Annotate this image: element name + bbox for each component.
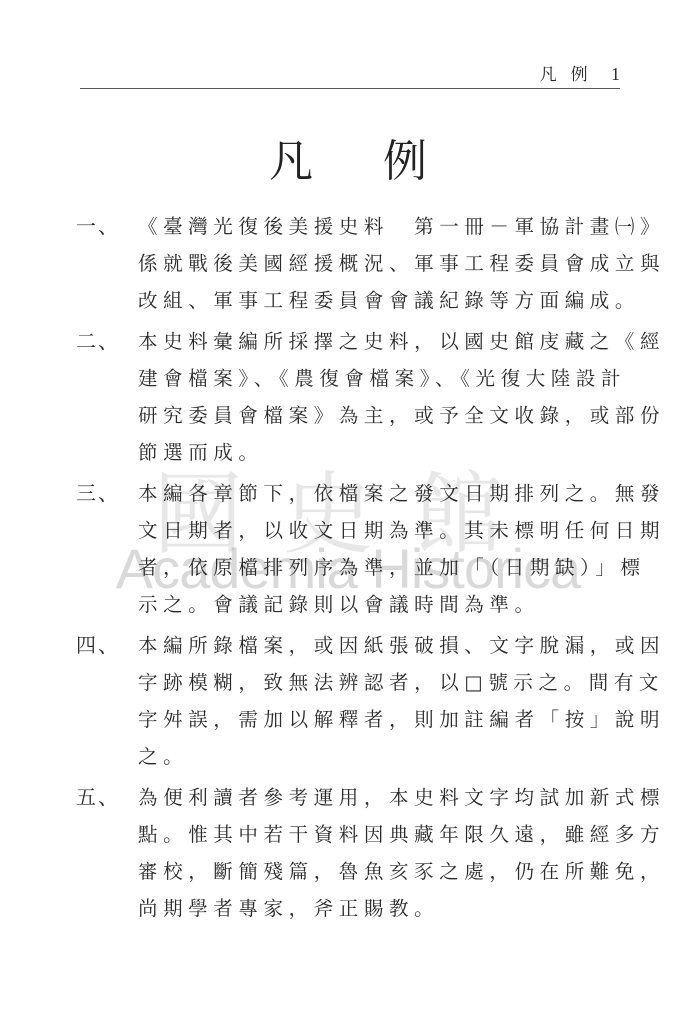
item-body: 本史料彙編所採擇之史料，以國史館庋藏之《經 建會檔案》、《農復會檔案》、《光復大…	[138, 323, 616, 471]
running-header-title: 凡例	[540, 65, 602, 85]
item-line: 字舛誤，需加以解釋者，則加註編者「按」說明	[138, 701, 616, 738]
item-number: 二、	[76, 323, 138, 471]
item-number: 一、	[76, 208, 138, 319]
item-line: 審校，斷簡殘篇，魯魚亥豕之處，仍在所難免，	[138, 853, 616, 890]
guideline-list: 一、 《臺灣光復後美援史料 第一冊－軍協計畫㈠》 係就戰後美國經援概況、軍事工程…	[76, 208, 636, 931]
item-line: 節選而成。	[138, 434, 616, 471]
page-number: 1	[611, 64, 620, 84]
guideline-item-4: 四、 本編所錄檔案，或因紙張破損、文字脫漏，或因 字跡模糊，致無法辨認者，以□號…	[76, 627, 636, 775]
item-body: 本編所錄檔案，或因紙張破損、文字脫漏，或因 字跡模糊，致無法辨認者，以□號示之。…	[138, 627, 616, 775]
guideline-item-2: 二、 本史料彙編所採擇之史料，以國史館庋藏之《經 建會檔案》、《農復會檔案》、《…	[76, 323, 636, 471]
item-line: 尚期學者專家，斧正賜教。	[138, 890, 616, 927]
header-rule	[80, 88, 620, 89]
item-number: 三、	[76, 475, 138, 623]
item-number: 四、	[76, 627, 138, 775]
item-body: 《臺灣光復後美援史料 第一冊－軍協計畫㈠》 係就戰後美國經援概況、軍事工程委員會…	[138, 208, 616, 319]
item-line: 改組、軍事工程委員會會議紀錄等方面編成。	[138, 282, 616, 319]
guideline-item-3: 三、 本編各章節下，依檔案之發文日期排列之。無發 文日期者，以收文日期為準。其未…	[76, 475, 636, 623]
item-line: 文日期者，以收文日期為準。其未標明任何日期	[138, 512, 616, 549]
guideline-item-5: 五、 為便利讀者參考運用，本史料文字均試加新式標 點。惟其中若干資料因典藏年限久…	[76, 779, 636, 927]
item-number: 五、	[76, 779, 138, 927]
item-line: 字跡模糊，致無法辨認者，以□號示之。間有文	[138, 664, 616, 701]
item-line: 示之。會議記錄則以會議時間為準。	[138, 586, 616, 623]
item-line: 點。惟其中若干資料因典藏年限久遠，雖經多方	[138, 816, 616, 853]
guideline-item-1: 一、 《臺灣光復後美援史料 第一冊－軍協計畫㈠》 係就戰後美國經援概況、軍事工程…	[76, 208, 636, 319]
item-line: 之。	[138, 738, 616, 775]
item-line: 本編所錄檔案，或因紙張破損、文字脫漏，或因	[138, 627, 616, 664]
item-line: 建會檔案》、《農復會檔案》、《光復大陸設計	[138, 360, 616, 397]
item-line: 為便利讀者參考運用，本史料文字均試加新式標	[138, 779, 616, 816]
item-line: 研究委員會檔案》為主，或予全文收錄，或部份	[138, 397, 616, 434]
page-title: 凡例	[0, 125, 696, 189]
item-line: 《臺灣光復後美援史料 第一冊－軍協計畫㈠》	[138, 208, 616, 245]
item-line: 者，依原檔排列序為準，並加「（日期缺）」標	[138, 549, 616, 586]
item-line: 本編各章節下，依檔案之發文日期排列之。無發	[138, 475, 616, 512]
running-header: 凡例 1	[80, 60, 620, 84]
item-body: 本編各章節下，依檔案之發文日期排列之。無發 文日期者，以收文日期為準。其未標明任…	[138, 475, 616, 623]
item-body: 為便利讀者參考運用，本史料文字均試加新式標 點。惟其中若干資料因典藏年限久遠，雖…	[138, 779, 616, 927]
item-line: 係就戰後美國經援概況、軍事工程委員會成立與	[138, 245, 616, 282]
item-line: 本史料彙編所採擇之史料，以國史館庋藏之《經	[138, 323, 616, 360]
